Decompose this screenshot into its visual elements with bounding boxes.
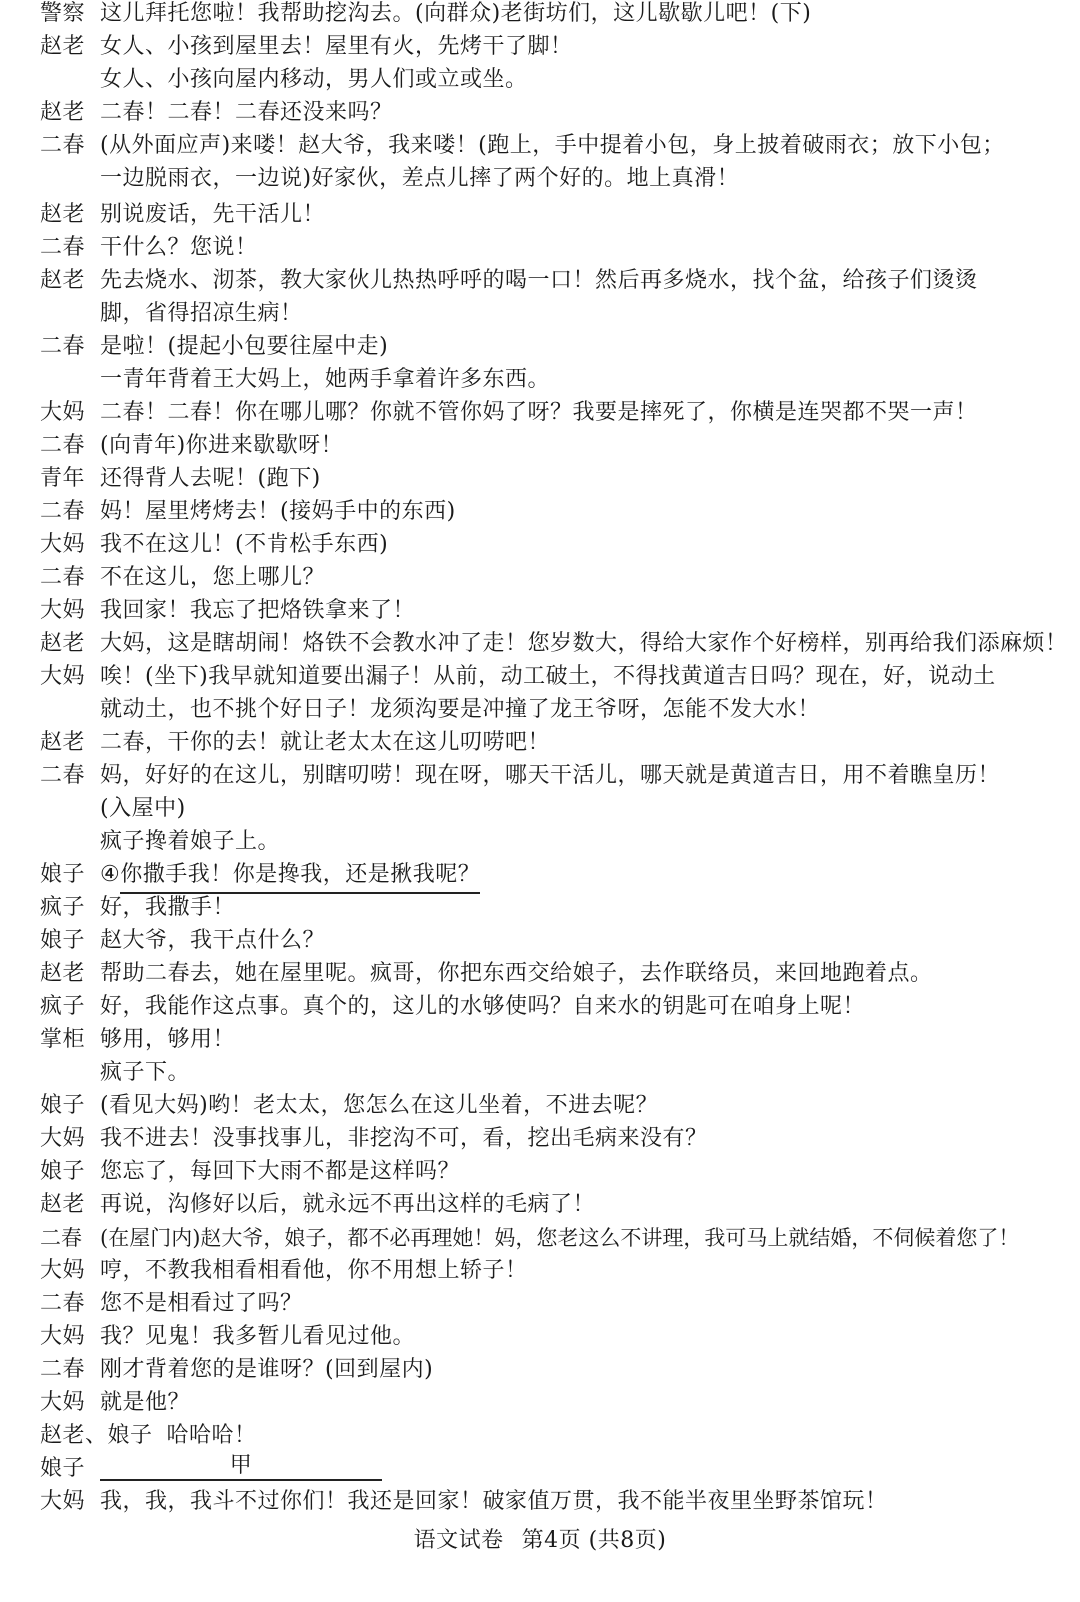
dialogue-line: 二春刚才背着您的是谁呀？(回到屋内) bbox=[40, 1354, 433, 1386]
dialogue-text: 唉！(坐下)我早就知道要出漏子！从前，动工破土，不得找黄道吉日吗？现在，好，说动… bbox=[100, 661, 996, 693]
dialogue-continuation: 就动土，也不挑个好日子！龙须沟要是冲撞了龙王爷呀，怎能不发大水！ bbox=[100, 694, 820, 726]
dialogue-text: 先去烧水、沏茶，教大家伙儿热热呼呼的喝一口！然后再多烧水，找个盆，给孩子们烫烫 bbox=[100, 265, 978, 297]
stage-direction: 一青年背着王大妈上，她两手拿着许多东西。 bbox=[100, 364, 550, 396]
dialogue-line: 大妈二春！二春！你在哪儿哪？你就不管你妈了呀？我要是摔死了，你横是连哭都不哭一声… bbox=[40, 397, 978, 429]
dialogue-text: 我？见鬼！我多暂儿看见过他。 bbox=[100, 1321, 415, 1353]
dialogue-text: 刚才背着您的是谁呀？(回到屋内) bbox=[100, 1354, 433, 1386]
dialogue-line: 赵老再说，沟修好以后，就永远不再出这样的毛病了！ bbox=[40, 1189, 595, 1221]
dialogue-line: 二春干什么？您说！ bbox=[40, 232, 258, 264]
dialogue-text: 女人、小孩到屋里去！屋里有火，先烤干了脚！ bbox=[100, 31, 573, 63]
stage-direction: 疯子下。 bbox=[100, 1057, 190, 1089]
dialogue-text: 您不是相看过了吗？ bbox=[100, 1288, 303, 1320]
dialogue-text: 妈！屋里烤烤去！(接妈手中的东西) bbox=[100, 496, 456, 528]
dialogue-line: 赵老、娘子哈哈哈！ bbox=[40, 1420, 257, 1452]
speaker-label: 二春 bbox=[40, 1288, 100, 1320]
speaker-label: 二春 bbox=[40, 1222, 100, 1254]
speaker-label: 大妈 bbox=[40, 595, 100, 627]
dialogue-text: (从外面应声)来喽！赵大爷，我来喽！(跑上，手中提着小包，身上披着破雨衣；放下小… bbox=[100, 130, 1005, 162]
page-total: (共8页) bbox=[589, 1528, 667, 1553]
dialogue-line: 疯子好，我能作这点事。真个的，这儿的水够使吗？自来水的钥匙可在咱身上呢！ bbox=[40, 991, 865, 1023]
dialogue-text: 您忘了，每回下大雨不都是这样吗？ bbox=[100, 1156, 460, 1188]
speaker-label: 大妈 bbox=[40, 1321, 100, 1353]
dialogue-text: 脚，省得招凉生病！ bbox=[100, 298, 303, 330]
speaker-label: 赵老、娘子 bbox=[40, 1420, 153, 1452]
dialogue-text: 好，我撒手！ bbox=[100, 892, 235, 924]
dialogue-text: (在屋门内)赵大爷，娘子，都不必再理她！妈，您老这么不讲理，我可马上就结婚，不伺… bbox=[100, 1222, 1019, 1254]
dialogue-continuation: 脚，省得招凉生病！ bbox=[100, 298, 303, 330]
speaker-label: 掌柜 bbox=[40, 1024, 100, 1056]
speaker-label: 赵老 bbox=[40, 628, 100, 660]
dialogue-text: 我，我，我斗不过你们！我还是回家！破家值万贯，我不能半夜里坐野茶馆玩！ bbox=[100, 1486, 888, 1518]
speaker-label: 娘子 bbox=[40, 1090, 100, 1122]
dialogue-text: 哈哈哈！ bbox=[167, 1420, 257, 1452]
speaker-label: 赵老 bbox=[40, 265, 100, 297]
dialogue-text: 我不在这儿！(不肯松手东西) bbox=[100, 529, 388, 561]
dialogue-text: 我回家！我忘了把烙铁拿来了！ bbox=[100, 595, 415, 627]
speaker-label: 赵老 bbox=[40, 199, 100, 231]
dialogue-text: 别说废话，先干活儿！ bbox=[100, 199, 325, 231]
dialogue-line: 二春不在这儿，您上哪儿？ bbox=[40, 562, 325, 594]
dialogue-text: 是啦！(提起小包要往屋中走) bbox=[100, 331, 388, 363]
dialogue-text: 这儿拜托您啦！我帮助挖沟去。(向群众)老街坊们，这儿歇歇儿吧！(下) bbox=[100, 0, 811, 30]
dialogue-line: 大妈我回家！我忘了把烙铁拿来了！ bbox=[40, 595, 415, 627]
dialogue-line: 二春(从外面应声)来喽！赵大爷，我来喽！(跑上，手中提着小包，身上披着破雨衣；放… bbox=[40, 130, 1005, 162]
speaker-label: 娘子 bbox=[40, 1156, 100, 1188]
dialogue-line: 二春您不是相看过了吗？ bbox=[40, 1288, 303, 1320]
dialogue-continuation: 一边脱雨衣，一边说)好家伙，差点儿摔了两个好的。地上真滑！ bbox=[100, 163, 739, 195]
dialogue-line: 赵老帮助二春去，她在屋里呢。疯哥，你把东西交给娘子，去作联络员，来回地跑着点。 bbox=[40, 958, 933, 990]
stage-direction-text: (入屋中) bbox=[100, 793, 186, 825]
dialogue-text: 二春！二春！二春还没来吗？ bbox=[100, 97, 393, 129]
dialogue-text: 赵大爷，我干点什么？ bbox=[100, 925, 325, 957]
dialogue-line: 赵老女人、小孩到屋里去！屋里有火，先烤干了脚！ bbox=[40, 31, 573, 63]
stage-direction-text: 疯子下。 bbox=[100, 1057, 190, 1089]
speaker-label: 二春 bbox=[40, 760, 100, 792]
dialogue-line: 赵老先去烧水、沏茶，教大家伙儿热热呼呼的喝一口！然后再多烧水，找个盆，给孩子们烫… bbox=[40, 265, 978, 297]
dialogue-text: 干什么？您说！ bbox=[100, 232, 258, 264]
underlined-sentence: 你撒手我！你是搀我，还是揪我呢？ bbox=[120, 859, 480, 894]
speaker-label: 二春 bbox=[40, 130, 100, 162]
dialogue-text: (看见大妈)哟！老太太，您怎么在这儿坐着，不进去呢？ bbox=[100, 1090, 658, 1122]
speaker-label: 赵老 bbox=[40, 958, 100, 990]
speaker-label: 疯子 bbox=[40, 991, 100, 1023]
dialogue-text: 我不进去！没事找事儿，非挖沟不可，看，挖出毛病来没有？ bbox=[100, 1123, 708, 1155]
dialogue-line: 警察这儿拜托您啦！我帮助挖沟去。(向群众)老街坊们，这儿歇歇儿吧！(下) bbox=[40, 0, 811, 30]
speaker-label: 青年 bbox=[40, 463, 100, 495]
speaker-label: 赵老 bbox=[40, 727, 100, 759]
stage-direction-text: 疯子搀着娘子上。 bbox=[100, 826, 280, 858]
dialogue-line: 大妈我？见鬼！我多暂儿看见过他。 bbox=[40, 1321, 415, 1353]
dialogue-line: 二春是啦！(提起小包要往屋中走) bbox=[40, 331, 388, 363]
dialogue-line: 二春妈！屋里烤烤去！(接妈手中的东西) bbox=[40, 496, 456, 528]
speaker-label: 疯子 bbox=[40, 892, 100, 924]
speaker-label: 大妈 bbox=[40, 661, 100, 693]
dialogue-text: 不在这儿，您上哪儿？ bbox=[100, 562, 325, 594]
dialogue-text: 妈，好好的在这儿，别瞎叨唠！现在呀，哪天干活儿，哪天就是黄道吉日，用不着瞧皇历！ bbox=[100, 760, 1000, 792]
dialogue-line: 赵老大妈，这是瞎胡闹！烙铁不会教水冲了走！您岁数大，得给大家作个好榜样，别再给我… bbox=[40, 628, 1068, 660]
dialogue-text: 二春！二春！你在哪儿哪？你就不管你妈了呀？我要是摔死了，你横是连哭都不哭一声！ bbox=[100, 397, 978, 429]
dialogue-text: 好，我能作这点事。真个的，这儿的水够使吗？自来水的钥匙可在咱身上呢！ bbox=[100, 991, 865, 1023]
page-number: 第4页 bbox=[522, 1528, 582, 1553]
dialogue-line: 大妈我，我，我斗不过你们！我还是回家！破家值万贯，我不能半夜里坐野茶馆玩！ bbox=[40, 1486, 888, 1518]
speaker-label: 二春 bbox=[40, 331, 100, 363]
stage-direction-text: 女人、小孩向屋内移动，男人们或立或坐。 bbox=[100, 64, 528, 96]
speaker-label: 娘子 bbox=[40, 859, 100, 891]
speaker-label: 娘子 bbox=[40, 925, 100, 957]
dialogue-line: 疯子好，我撒手！ bbox=[40, 892, 235, 924]
dialogue-line: 青年还得背人去呢！(跑下) bbox=[40, 463, 321, 495]
dialogue-line: 娘子(看见大妈)哟！老太太，您怎么在这儿坐着，不进去呢？ bbox=[40, 1090, 658, 1122]
fill-in-line: 娘子甲 bbox=[40, 1453, 382, 1485]
dialogue-text: 哼，不教我相看相看他，你不用想上轿子！ bbox=[100, 1255, 528, 1287]
speaker-label: 赵老 bbox=[40, 97, 100, 129]
dialogue-line: 二春(向青年)你进来歇歇呀！ bbox=[40, 430, 343, 462]
speaker-label: 二春 bbox=[40, 232, 100, 264]
speaker-label: 警察 bbox=[40, 0, 100, 30]
dialogue-line: 二春(在屋门内)赵大爷，娘子，都不必再理她！妈，您老这么不讲理，我可马上就结婚，… bbox=[40, 1222, 1019, 1254]
dialogue-text: 就动土，也不挑个好日子！龙须沟要是冲撞了龙王爷呀，怎能不发大水！ bbox=[100, 694, 820, 726]
dialogue-text: 够用，够用！ bbox=[100, 1024, 235, 1056]
speaker-label: 大妈 bbox=[40, 1387, 100, 1419]
dialogue-line: 赵老二春！二春！二春还没来吗？ bbox=[40, 97, 393, 129]
dialogue-text: 就是他？ bbox=[100, 1387, 190, 1419]
dialogue-line: 大妈我不在这儿！(不肯松手东西) bbox=[40, 529, 388, 561]
speaker-label: 赵老 bbox=[40, 1189, 100, 1221]
speaker-label: 大妈 bbox=[40, 397, 100, 429]
speaker-label: 赵老 bbox=[40, 31, 100, 63]
dialogue-line: 大妈就是他？ bbox=[40, 1387, 190, 1419]
dialogue-text: 一边脱雨衣，一边说)好家伙，差点儿摔了两个好的。地上真滑！ bbox=[100, 163, 739, 195]
stage-direction: (入屋中) bbox=[100, 793, 186, 825]
dialogue-line: 掌柜够用，够用！ bbox=[40, 1024, 235, 1056]
stage-direction: 疯子搀着娘子上。 bbox=[100, 826, 280, 858]
speaker-label: 大妈 bbox=[40, 1486, 100, 1518]
speaker-label: 二春 bbox=[40, 562, 100, 594]
page-footer: 语文试卷第4页 (共8页) bbox=[0, 1525, 1080, 1557]
dialogue-text: 还得背人去呢！(跑下) bbox=[100, 463, 321, 495]
speaker-label: 大妈 bbox=[40, 1255, 100, 1287]
exam-page: 警察这儿拜托您啦！我帮助挖沟去。(向群众)老街坊们，这儿歇歇儿吧！(下) 赵老女… bbox=[0, 0, 1080, 1602]
speaker-label: 大妈 bbox=[40, 1123, 100, 1155]
dialogue-text: 二春，干你的去！就让老太太在这儿叨唠吧！ bbox=[100, 727, 550, 759]
dialogue-text: 大妈，这是瞎胡闹！烙铁不会教水冲了走！您岁数大，得给大家作个好榜样，别再给我们添… bbox=[100, 628, 1068, 660]
speaker-label: 娘子 bbox=[40, 1453, 100, 1485]
dialogue-line: 大妈我不进去！没事找事儿，非挖沟不可，看，挖出毛病来没有？ bbox=[40, 1123, 708, 1155]
dialogue-line: 赵老别说废话，先干活儿！ bbox=[40, 199, 325, 231]
dialogue-line: 娘子赵大爷，我干点什么？ bbox=[40, 925, 325, 957]
dialogue-text: 再说，沟修好以后，就永远不再出这样的毛病了！ bbox=[100, 1189, 595, 1221]
speaker-label: 二春 bbox=[40, 430, 100, 462]
dialogue-line: 娘子您忘了，每回下大雨不都是这样吗？ bbox=[40, 1156, 460, 1188]
dialogue-line-marked: 娘子④你撒手我！你是搀我，还是揪我呢？ bbox=[40, 859, 480, 891]
dialogue-line: 赵老二春，干你的去！就让老太太在这儿叨唠吧！ bbox=[40, 727, 550, 759]
dialogue-text: 帮助二春去，她在屋里呢。疯哥，你把东西交给娘子，去作联络员，来回地跑着点。 bbox=[100, 958, 933, 990]
dialogue-line: 大妈唉！(坐下)我早就知道要出漏子！从前，动工破土，不得找黄道吉日吗？现在，好，… bbox=[40, 661, 996, 693]
speaker-label: 二春 bbox=[40, 1354, 100, 1386]
speaker-label: 二春 bbox=[40, 496, 100, 528]
stage-direction: 女人、小孩向屋内移动，男人们或立或坐。 bbox=[100, 64, 528, 96]
answer-blank[interactable]: 甲 bbox=[100, 1453, 382, 1481]
speaker-label: 大妈 bbox=[40, 529, 100, 561]
dialogue-line: 二春妈，好好的在这儿，别瞎叨唠！现在呀，哪天干活儿，哪天就是黄道吉日，用不着瞧皇… bbox=[40, 760, 1000, 792]
exam-subject: 语文试卷 bbox=[414, 1528, 504, 1553]
stage-direction-text: 一青年背着王大妈上，她两手拿着许多东西。 bbox=[100, 364, 550, 396]
question-marker: ④ bbox=[100, 859, 120, 891]
dialogue-text: (向青年)你进来歇歇呀！ bbox=[100, 430, 343, 462]
dialogue-line: 大妈哼，不教我相看相看他，你不用想上轿子！ bbox=[40, 1255, 528, 1287]
